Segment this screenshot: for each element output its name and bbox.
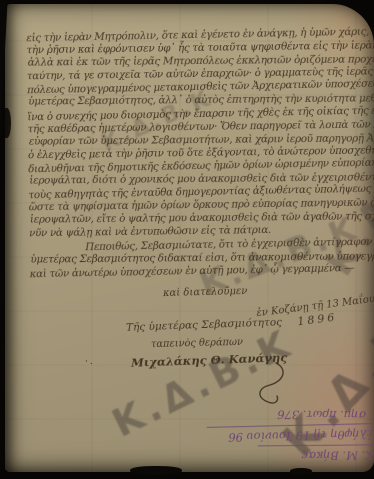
valediction-line: καὶ διατελοῦμεν [163,286,248,299]
letter-page: Κ.Δ.Β.Κ Κ.Δ.Β.Κ Κ.Δ.Β.Κ Κ.Δ.Β.Κ Κ.Δ.Β.Κ … [5,4,374,472]
letter-body: εἰς τὴν ἱερὰν Μητρόπολιν, ὅτε καὶ ἐγένετ… [26,27,361,280]
purple-note-line: Κ. Μ. Βήκας [258,444,374,466]
scanned-letter-photo: Κ.Δ.Β.Κ Κ.Δ.Β.Κ Κ.Δ.Β.Κ Κ.Δ.Β.Κ Κ.Δ.Β.Κ … [0,0,374,479]
bottom-edge-blob [130,466,182,475]
purple-note-line: ἐλήφθη τῇ 19 Ἰουνίου 96 [207,423,373,448]
signature-flourish [248,361,290,407]
ink-dots: ·. [85,357,95,367]
purple-archival-note: Κ. Μ. Βήκαςἐλήφθη τῇ 19 Ἰουνίου 96σημ. π… [206,401,374,470]
bottom-edge-blob [290,468,312,475]
closing-line-2: ταπεινὸς θεράπων [151,337,243,350]
edge-notch [3,108,11,138]
purple-note-line: σημ. πρωτ. 376 [225,404,366,425]
